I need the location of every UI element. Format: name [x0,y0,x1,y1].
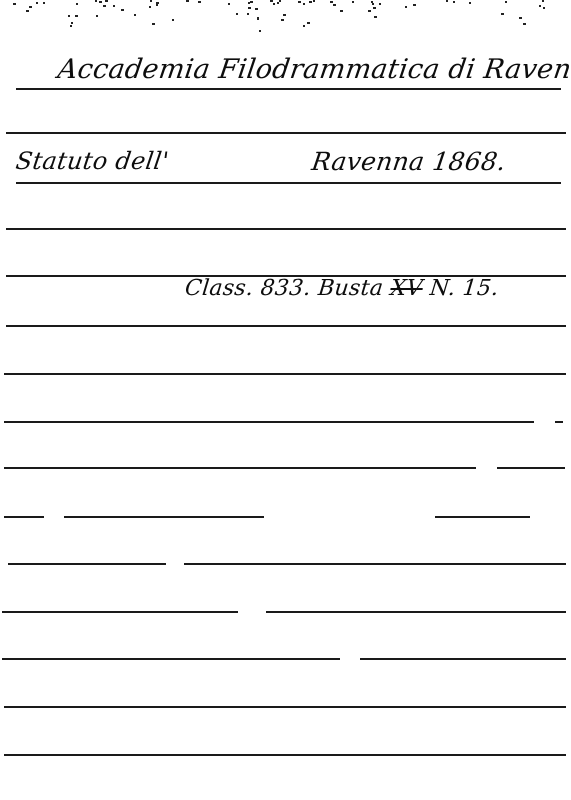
noise-speck [43,2,45,4]
noise-speck [340,10,343,12]
ruled-line [4,754,566,756]
noise-speck [96,15,98,17]
noise-speck [539,5,541,7]
ruled-line [16,88,561,90]
noise-speck [309,1,312,3]
ruled-line [435,516,530,518]
card-place-date: Ravenna 1868. [310,147,508,176]
noise-speck [257,17,259,19]
ruled-line [6,228,566,230]
noise-speck [186,0,189,2]
ruled-line [2,658,340,660]
scan-noise [0,0,571,40]
noise-speck [307,22,310,24]
noise-speck [134,14,136,16]
ruled-line [6,325,566,327]
noise-speck [113,5,115,7]
noise-speck [298,1,301,3]
noise-speck [70,25,72,27]
noise-speck [270,0,273,2]
class-label: Class. [184,276,255,301]
ruled-line [64,516,264,518]
ruled-line [4,421,534,423]
ruled-line [555,421,563,423]
noise-speck [13,3,16,5]
noise-speck [373,7,376,9]
noise-speck [303,3,305,5]
ruled-line [266,611,566,613]
ruled-line [4,373,566,375]
card-classification: Class. 833. Busta XV N. 15. [184,276,500,301]
noise-speck [372,3,374,5]
noise-speck [259,30,261,32]
noise-speck [313,0,315,2]
noise-speck [352,1,354,3]
ruled-line [16,182,561,184]
noise-speck [413,4,416,6]
ruled-line [497,467,565,469]
noise-speck [247,13,249,15]
noise-speck [368,10,371,12]
noise-speck [198,1,201,3]
noise-speck [519,17,522,19]
index-card: Accademia Filodrammatica di Ravenna Stat… [0,0,571,800]
noise-speck [542,0,544,2]
ruled-line [4,516,44,518]
noise-speck [76,3,78,5]
ruled-line [184,563,566,565]
noise-speck [330,1,333,3]
noise-speck [501,13,504,15]
noise-speck [333,4,336,6]
noise-speck [172,19,174,21]
noise-speck [103,5,106,7]
item-number: 15. [461,276,500,301]
noise-speck [150,0,152,2]
noise-speck [26,10,29,12]
noise-speck [505,1,507,3]
noise-speck [75,15,78,17]
noise-speck [277,2,279,4]
noise-speck [248,2,250,4]
ruled-line [2,611,238,613]
noise-speck [374,16,377,18]
noise-speck [156,2,159,4]
noise-speck [469,2,471,4]
noise-speck [71,22,73,24]
card-heading: Accademia Filodrammatica di Ravenna [56,54,571,85]
noise-speck [149,6,151,8]
noise-speck [121,9,124,11]
class-number: 833. [259,276,312,301]
noise-speck [228,3,230,5]
busta-label: Busta [317,276,385,301]
noise-speck [250,1,253,3]
busta-number: XV [389,276,424,301]
ruled-line [360,658,566,660]
item-label: N. [429,276,457,301]
ruled-line [8,563,166,565]
card-subject: Statuto dell' [14,147,171,175]
noise-speck [248,7,251,9]
noise-speck [273,3,275,5]
noise-speck [68,15,70,17]
noise-speck [405,6,407,8]
noise-speck [523,23,526,25]
noise-speck [303,25,305,27]
noise-speck [279,0,281,2]
noise-speck [379,3,381,5]
noise-speck [152,23,155,25]
noise-speck [543,7,545,9]
noise-speck [156,4,158,6]
ruled-line [6,132,566,134]
noise-speck [255,8,258,10]
noise-speck [105,0,108,2]
noise-speck [36,2,38,4]
noise-speck [453,1,455,3]
noise-speck [283,14,286,16]
noise-speck [281,19,284,21]
noise-speck [99,1,102,3]
noise-speck [236,13,238,15]
noise-speck [29,6,32,8]
ruled-line [4,706,566,708]
noise-speck [446,0,448,2]
ruled-line [4,467,476,469]
noise-speck [95,0,97,2]
